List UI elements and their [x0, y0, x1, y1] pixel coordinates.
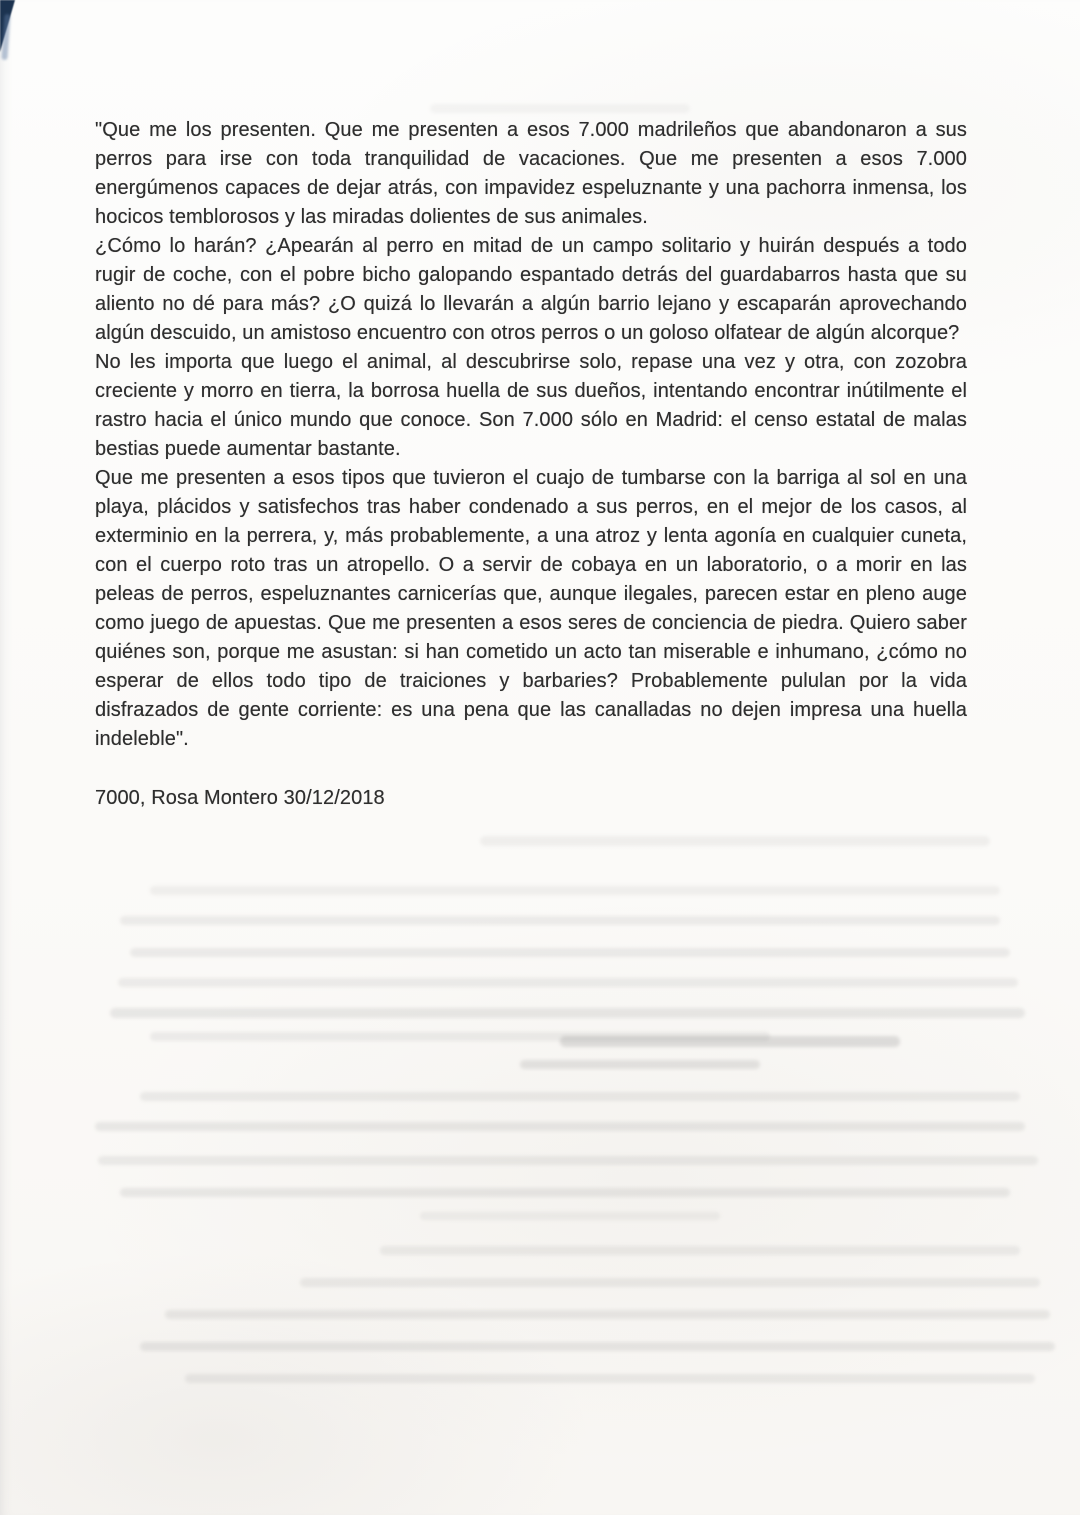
essay-paragraph-3: No les importa que luego el animal, al d… — [95, 348, 967, 464]
essay-paragraph-2: ¿Cómo lo harán? ¿Apearán al perro en mit… — [95, 232, 967, 348]
essay-paragraph-4: Que me presenten a esos tipos que tuvier… — [95, 464, 967, 754]
essay-text: "Que me los presenten. Que me presenten … — [95, 116, 967, 813]
essay-paragraph-1: "Que me los presenten. Que me presenten … — [95, 116, 967, 232]
attribution-line: 7000, Rosa Montero 30/12/2018 — [95, 784, 967, 813]
